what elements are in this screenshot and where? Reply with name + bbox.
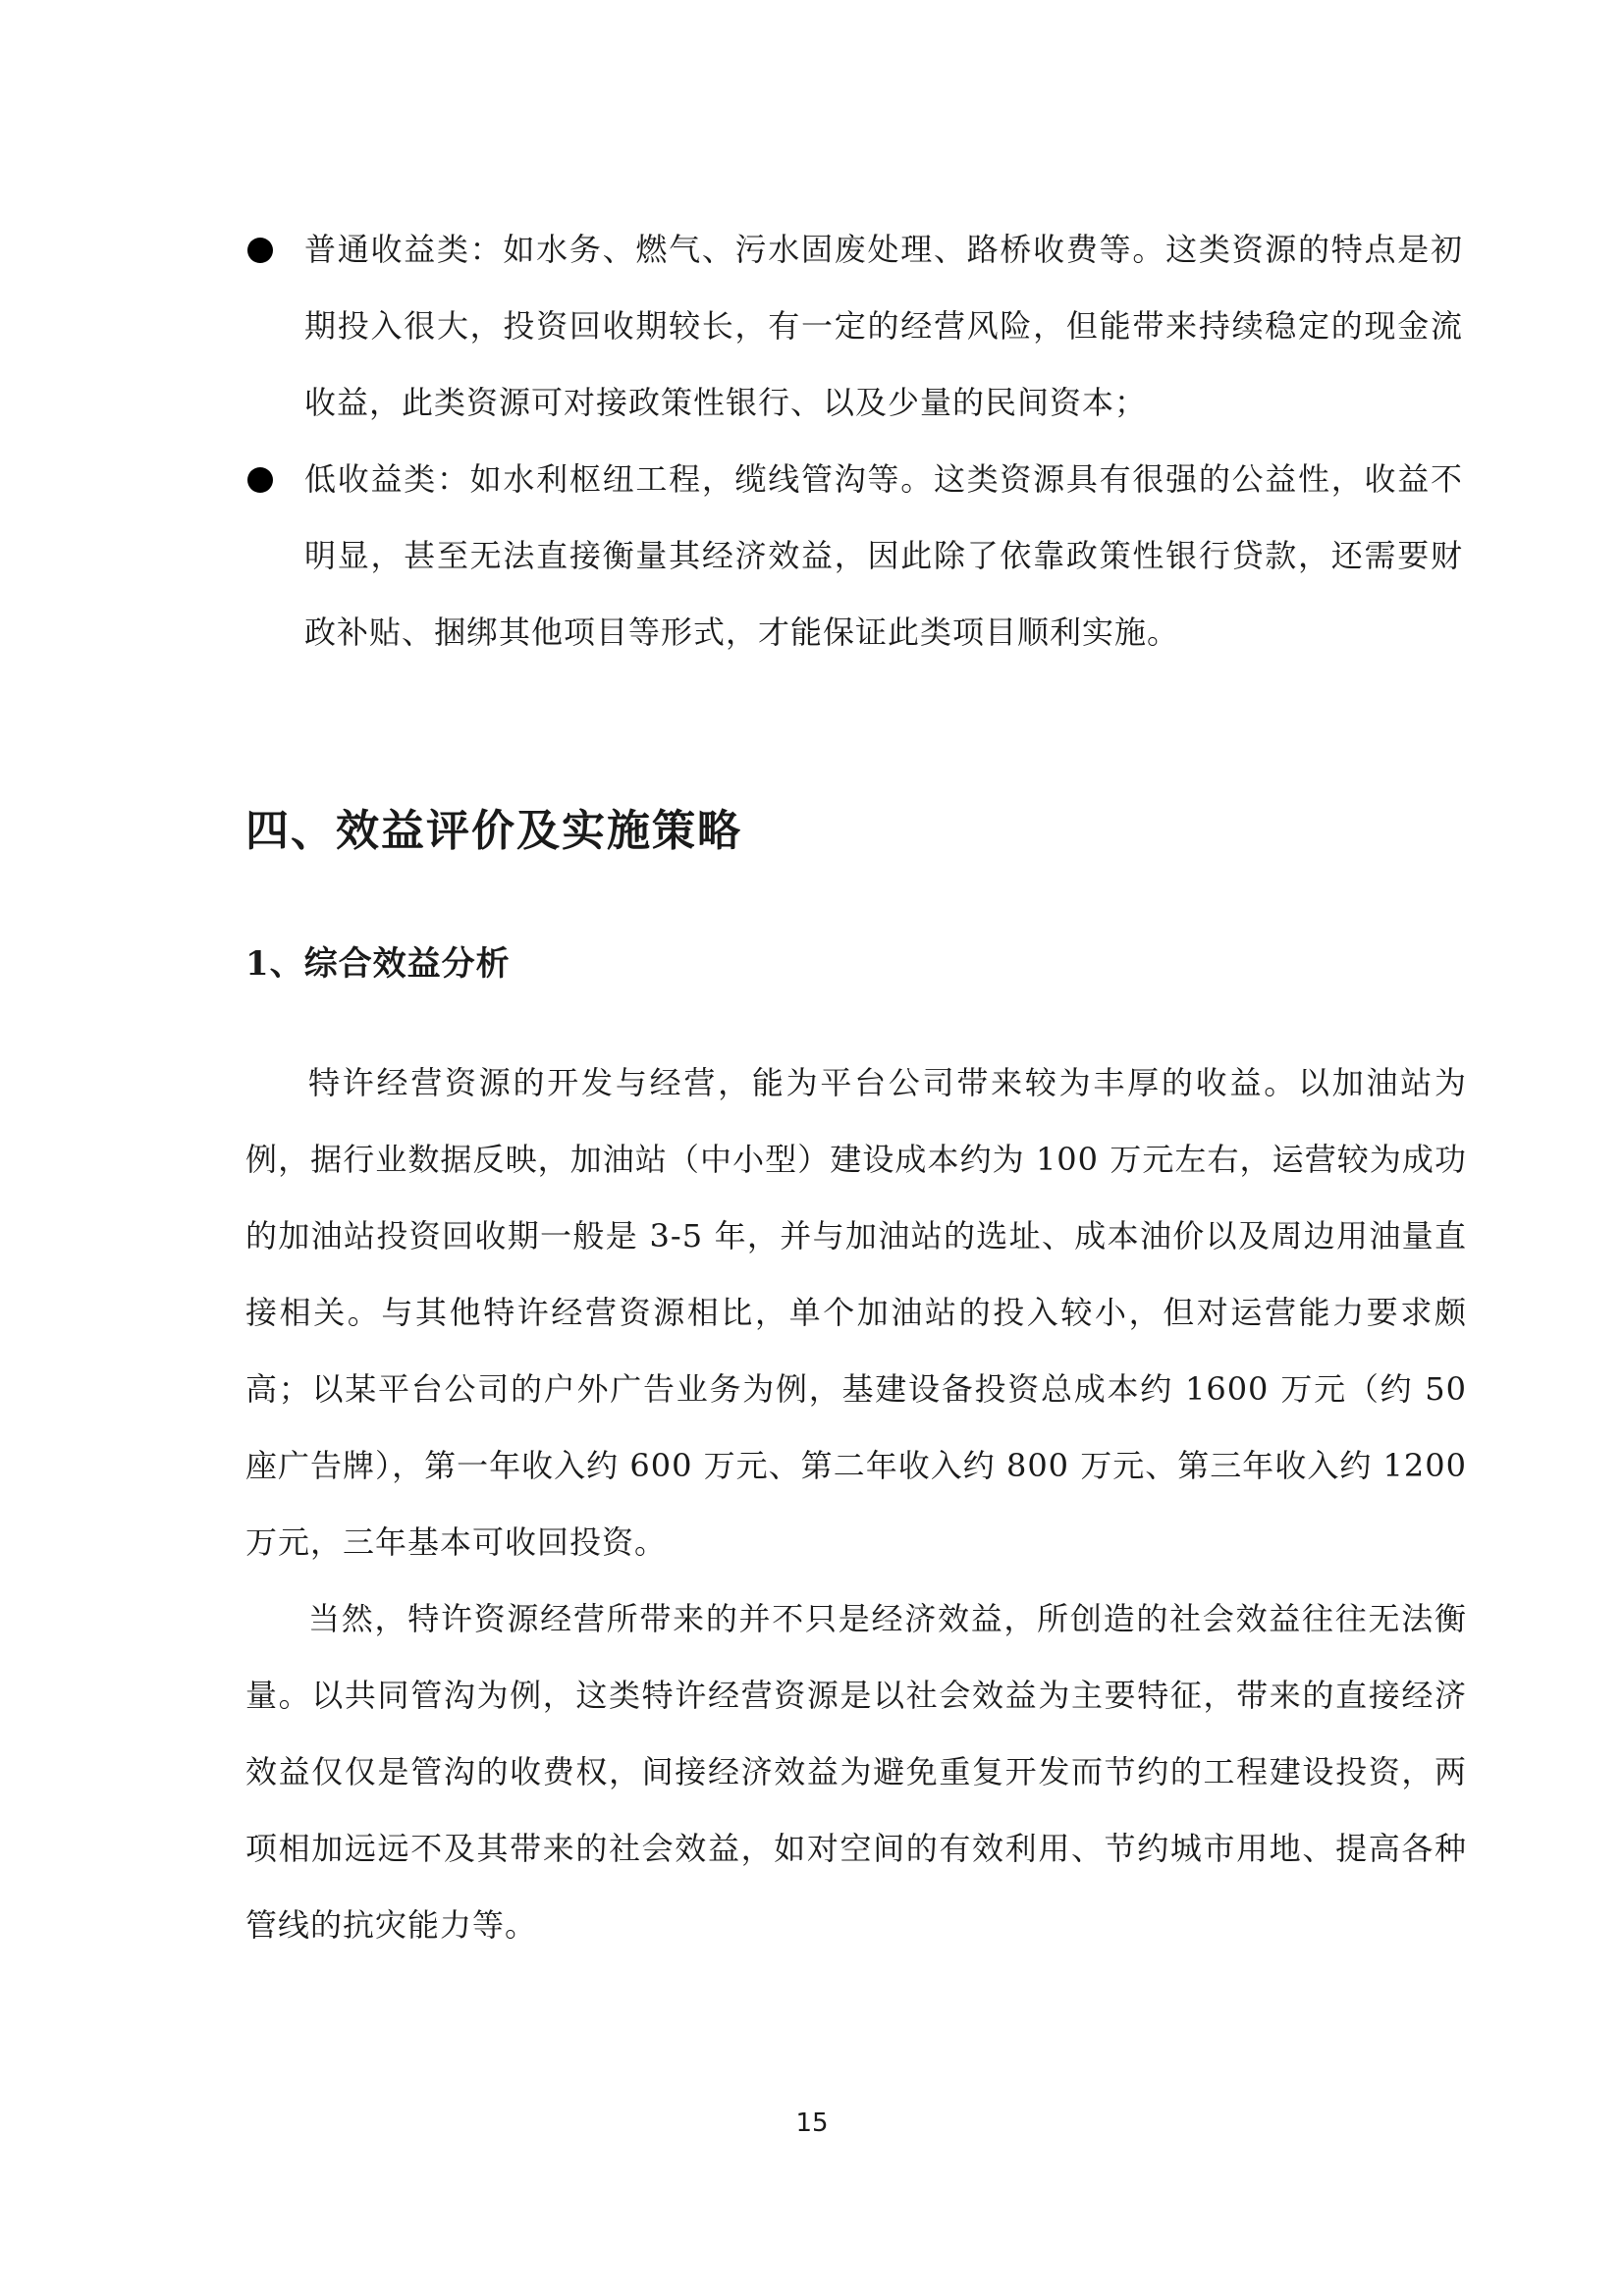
document-page: 普通收益类：如水务、燃气、污水固废处理、路桥收费等。这类资源的特点是初期投入很大… [0,0,1624,2296]
bullet-list: 普通收益类：如水务、燃气、污水固废处理、路桥收费等。这类资源的特点是初期投入很大… [245,211,1467,670]
bullet-icon [247,467,273,493]
body-paragraph: 当然，特许资源经营所带来的并不只是经济效益，所创造的社会效益往往无法衡量。以共同… [245,1580,1467,1963]
bullet-text: 普通收益类：如水务、燃气、污水固废处理、路桥收费等。这类资源的特点是初期投入很大… [304,231,1463,421]
list-item: 低收益类：如水利枢纽工程，缆线管沟等。这类资源具有很强的公益性，收益不明显，甚至… [245,441,1467,670]
page-number: 15 [0,2109,1624,2138]
list-item: 普通收益类：如水务、燃气、污水固废处理、路桥收费等。这类资源的特点是初期投入很大… [245,211,1467,441]
bullet-icon [247,238,273,263]
section-heading: 四、效益评价及实施策略 [245,803,1467,860]
bullet-text: 低收益类：如水利枢纽工程，缆线管沟等。这类资源具有很强的公益性，收益不明显，甚至… [304,460,1463,651]
subsection-heading: 1、综合效益分析 [245,941,1467,987]
body-paragraph: 特许经营资源的开发与经营，能为平台公司带来较为丰厚的收益。以加油站为例，据行业数… [245,1044,1467,1580]
